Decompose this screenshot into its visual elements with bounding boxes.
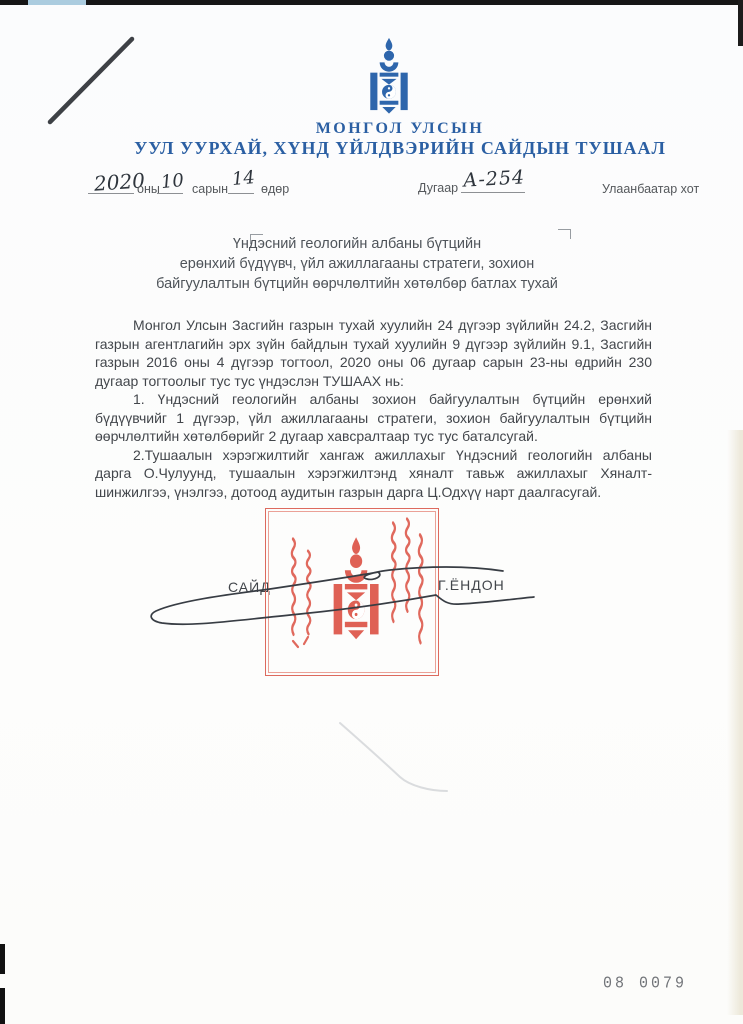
mongolian-script-mark [293, 637, 308, 647]
mongolian-script-column [392, 523, 396, 621]
scan-edge-left-bottom [0, 944, 5, 974]
document-header: МОНГОЛ УЛСЫН УУЛ УУРХАЙ, ХҮНД ҮЙЛДВЭРИЙН… [57, 119, 743, 159]
pen-mark-icon [40, 30, 140, 130]
mongolian-script-column [419, 535, 423, 643]
subject-line-2: ерөнхий бүдүүвч, үйл ажиллагааны стратег… [97, 254, 617, 274]
signer-name: Г.ЁНДОН [438, 577, 505, 593]
mongolian-script-column [406, 519, 410, 611]
handwritten-order-number: А-254 [462, 166, 525, 191]
subject-line-3: байгуулалтын бүтцийн өөрчлөлтийн хөтөлбө… [97, 274, 617, 294]
scanned-document-page: МОНГОЛ УЛСЫН УУЛ УУРХАЙ, ХҮНД ҮЙЛДВЭРИЙН… [0, 0, 743, 1024]
scan-edge-left-bottom [0, 988, 5, 1024]
scan-edge-right [738, 0, 743, 46]
state-seal-stamp [265, 508, 439, 676]
form-line [461, 192, 525, 193]
city-label: Улаанбаатар хот [602, 182, 699, 196]
mongolian-script-column [292, 539, 296, 634]
month-label: сарын [192, 182, 228, 196]
form-line [157, 193, 183, 194]
scan-edge-top [0, 0, 743, 5]
order-body: Монгол Улсын Засгийн газрын тухай хуулий… [95, 316, 652, 501]
form-line [228, 193, 254, 194]
subject-heading: Үндэсний геологийн албаны бүтцийн ерөнхи… [97, 234, 617, 294]
body-paragraph: 2.Тушаалын хэрэгжилтийг хангаж ажиллахыг… [95, 446, 652, 502]
handwritten-day: 14 [231, 167, 256, 190]
handwritten-month: 10 [160, 170, 185, 193]
subject-line-1: Үндэсний геологийн албаны бүтцийн [97, 234, 617, 254]
body-paragraph: Монгол Улсын Засгийн газрын тухай хуулий… [95, 316, 652, 390]
number-label: Дугаар [418, 181, 458, 195]
header-country: МОНГОЛ УЛСЫН [57, 119, 743, 138]
crease-mark [325, 715, 465, 800]
form-line [88, 193, 134, 194]
header-title: УУЛ УУРХАЙ, ХҮНД ҮЙЛДВЭРИЙН САЙДЫН ТУШАА… [57, 138, 743, 159]
scan-edge-blue-patch [28, 0, 86, 5]
stamp-content [266, 509, 438, 675]
body-paragraph: 1. Үндэсний геологийн албаны зохион байг… [95, 390, 652, 446]
doc-control-number: 08 0079 [603, 974, 687, 992]
day-label: өдөр [261, 182, 289, 196]
soyombo-emblem-icon [361, 37, 417, 119]
scan-edge-tan-strip [727, 430, 743, 1015]
soyombo-stamp-icon [334, 537, 379, 639]
mongolian-script-column [307, 551, 311, 634]
